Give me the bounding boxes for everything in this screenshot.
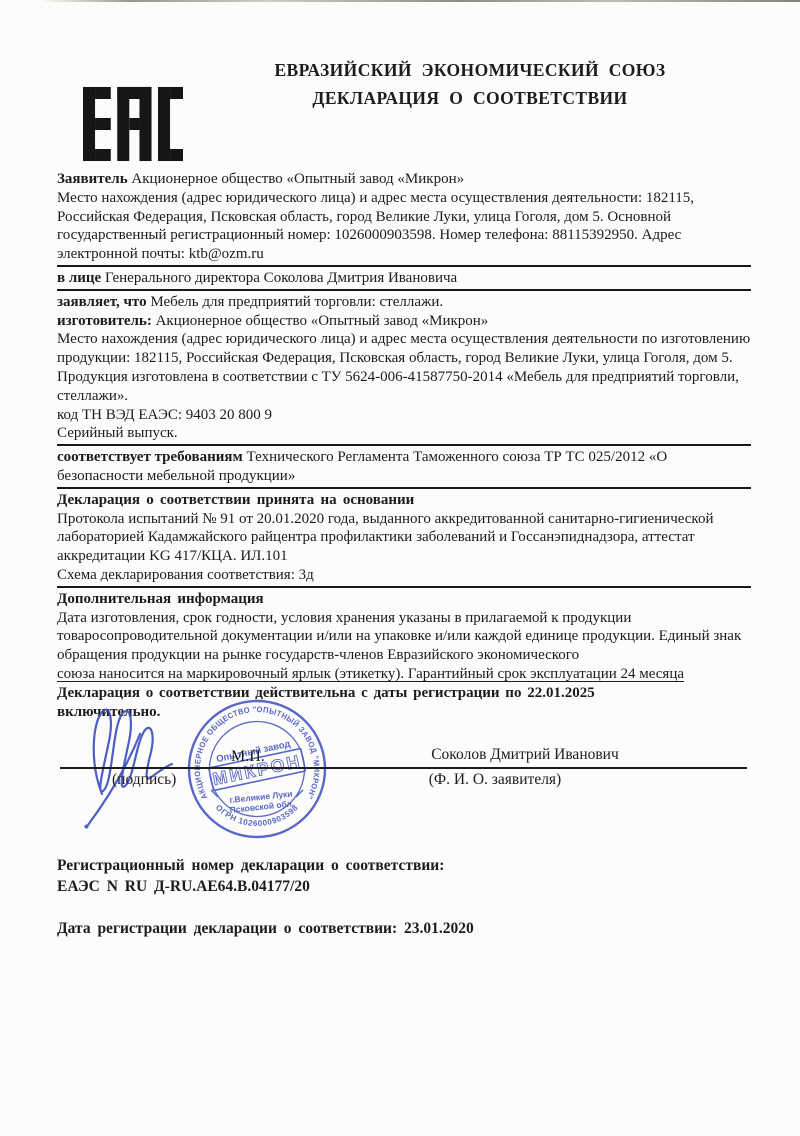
signature-line xyxy=(60,767,747,769)
product-standard: Продукция изготовлена в соответствии с Т… xyxy=(57,368,751,406)
applicant-fio: Соколов Дмитрий Иванович xyxy=(395,746,655,764)
declares-text: Мебель для предприятий торговли: стеллаж… xyxy=(147,294,444,310)
additional-text: Дата изготовления, срок годности, услови… xyxy=(57,609,751,665)
manufacturer-line: изготовитель: Акционерное общество «Опыт… xyxy=(57,312,751,331)
eac-logo-icon xyxy=(83,85,183,163)
spacer xyxy=(57,897,474,919)
applicant-label: Заявитель xyxy=(57,171,128,187)
signature-caption: (подпись) xyxy=(112,771,176,789)
basis-heading: Декларация о соответствии принята на осн… xyxy=(57,491,751,510)
in-person-line: в лице Генерального директора Соколова Д… xyxy=(57,269,751,288)
manufacturer-details: Место нахождения (адрес юридического лиц… xyxy=(57,330,751,368)
scheme-text: Схема декларирования соответствия: 3д xyxy=(57,566,751,585)
additional-underlined: союза наносится на маркировочный ярлык (… xyxy=(57,665,751,684)
round-company-stamp: АКЦИОНЕРНОЕ ОБЩЕСТВО "ОПЫТНЫЙ ЗАВОД "МИК… xyxy=(182,697,332,845)
horizontal-rule xyxy=(57,265,751,267)
tnved-code: код ТН ВЭД ЕАЭС: 9403 20 800 9 xyxy=(57,406,751,425)
horizontal-rule xyxy=(57,586,751,588)
signature-handwritten xyxy=(70,694,198,834)
applicant-line: Заявитель Акционерное общество «Опытный … xyxy=(57,170,751,189)
in-person-text: Генерального директора Соколова Дмитрия … xyxy=(101,270,457,286)
scan-artifact-line xyxy=(40,0,800,2)
registration-number-value: ЕАЭС N RU Д-RU.AE64.B.04177/20 xyxy=(57,877,474,898)
declares-label: заявляет, что xyxy=(57,294,147,310)
horizontal-rule xyxy=(57,487,751,489)
registration-date-label: Дата регистрации декларации о соответств… xyxy=(57,920,397,937)
horizontal-rule xyxy=(57,444,751,446)
complies-line: соответствует требованиям Технического Р… xyxy=(57,448,751,486)
manufacturer-name: Акционерное общество «Опытный завод «Мик… xyxy=(152,313,488,329)
complies-label: соответствует требованиям xyxy=(57,449,243,465)
applicant-details: Место нахождения (адрес юридического лиц… xyxy=(57,189,751,264)
registration-number-label: Регистрационный номер декларации о соотв… xyxy=(57,856,474,877)
document-body: Заявитель Акционерное общество «Опытный … xyxy=(57,170,751,721)
applicant-name: Акционерное общество «Опытный завод «Мик… xyxy=(128,171,464,187)
manufacturer-label: изготовитель: xyxy=(57,313,152,329)
registration-date-line: Дата регистрации декларации о соответств… xyxy=(57,919,474,940)
document-title: ЕВРАЗИЙСКИЙ ЭКОНОМИЧЕСКИЙ СОЮЗ ДЕКЛАРАЦИ… xyxy=(190,56,750,112)
declares-line: заявляет, что Мебель для предприятий тор… xyxy=(57,293,751,312)
release-type: Серийный выпуск. xyxy=(57,424,751,443)
horizontal-rule xyxy=(57,289,751,291)
title-line-2: ДЕКЛАРАЦИЯ О СООТВЕТСТВИИ xyxy=(190,84,750,112)
additional-heading: Дополнительная информация xyxy=(57,590,751,609)
title-line-1: ЕВРАЗИЙСКИЙ ЭКОНОМИЧЕСКИЙ СОЮЗ xyxy=(190,56,750,84)
in-person-label: в лице xyxy=(57,270,101,286)
declaration-document-page: ЕВРАЗИЙСКИЙ ЭКОНОМИЧЕСКИЙ СОЮЗ ДЕКЛАРАЦИ… xyxy=(0,0,800,1136)
registration-date-value: 23.01.2020 xyxy=(397,920,474,937)
stamp-place-label: М.П. xyxy=(231,748,265,766)
registration-block: Регистрационный номер декларации о соотв… xyxy=(57,856,474,940)
fio-caption: (Ф. И. О. заявителя) xyxy=(350,771,640,789)
basis-text: Протокола испытаний № 91 от 20.01.2020 г… xyxy=(57,510,751,566)
